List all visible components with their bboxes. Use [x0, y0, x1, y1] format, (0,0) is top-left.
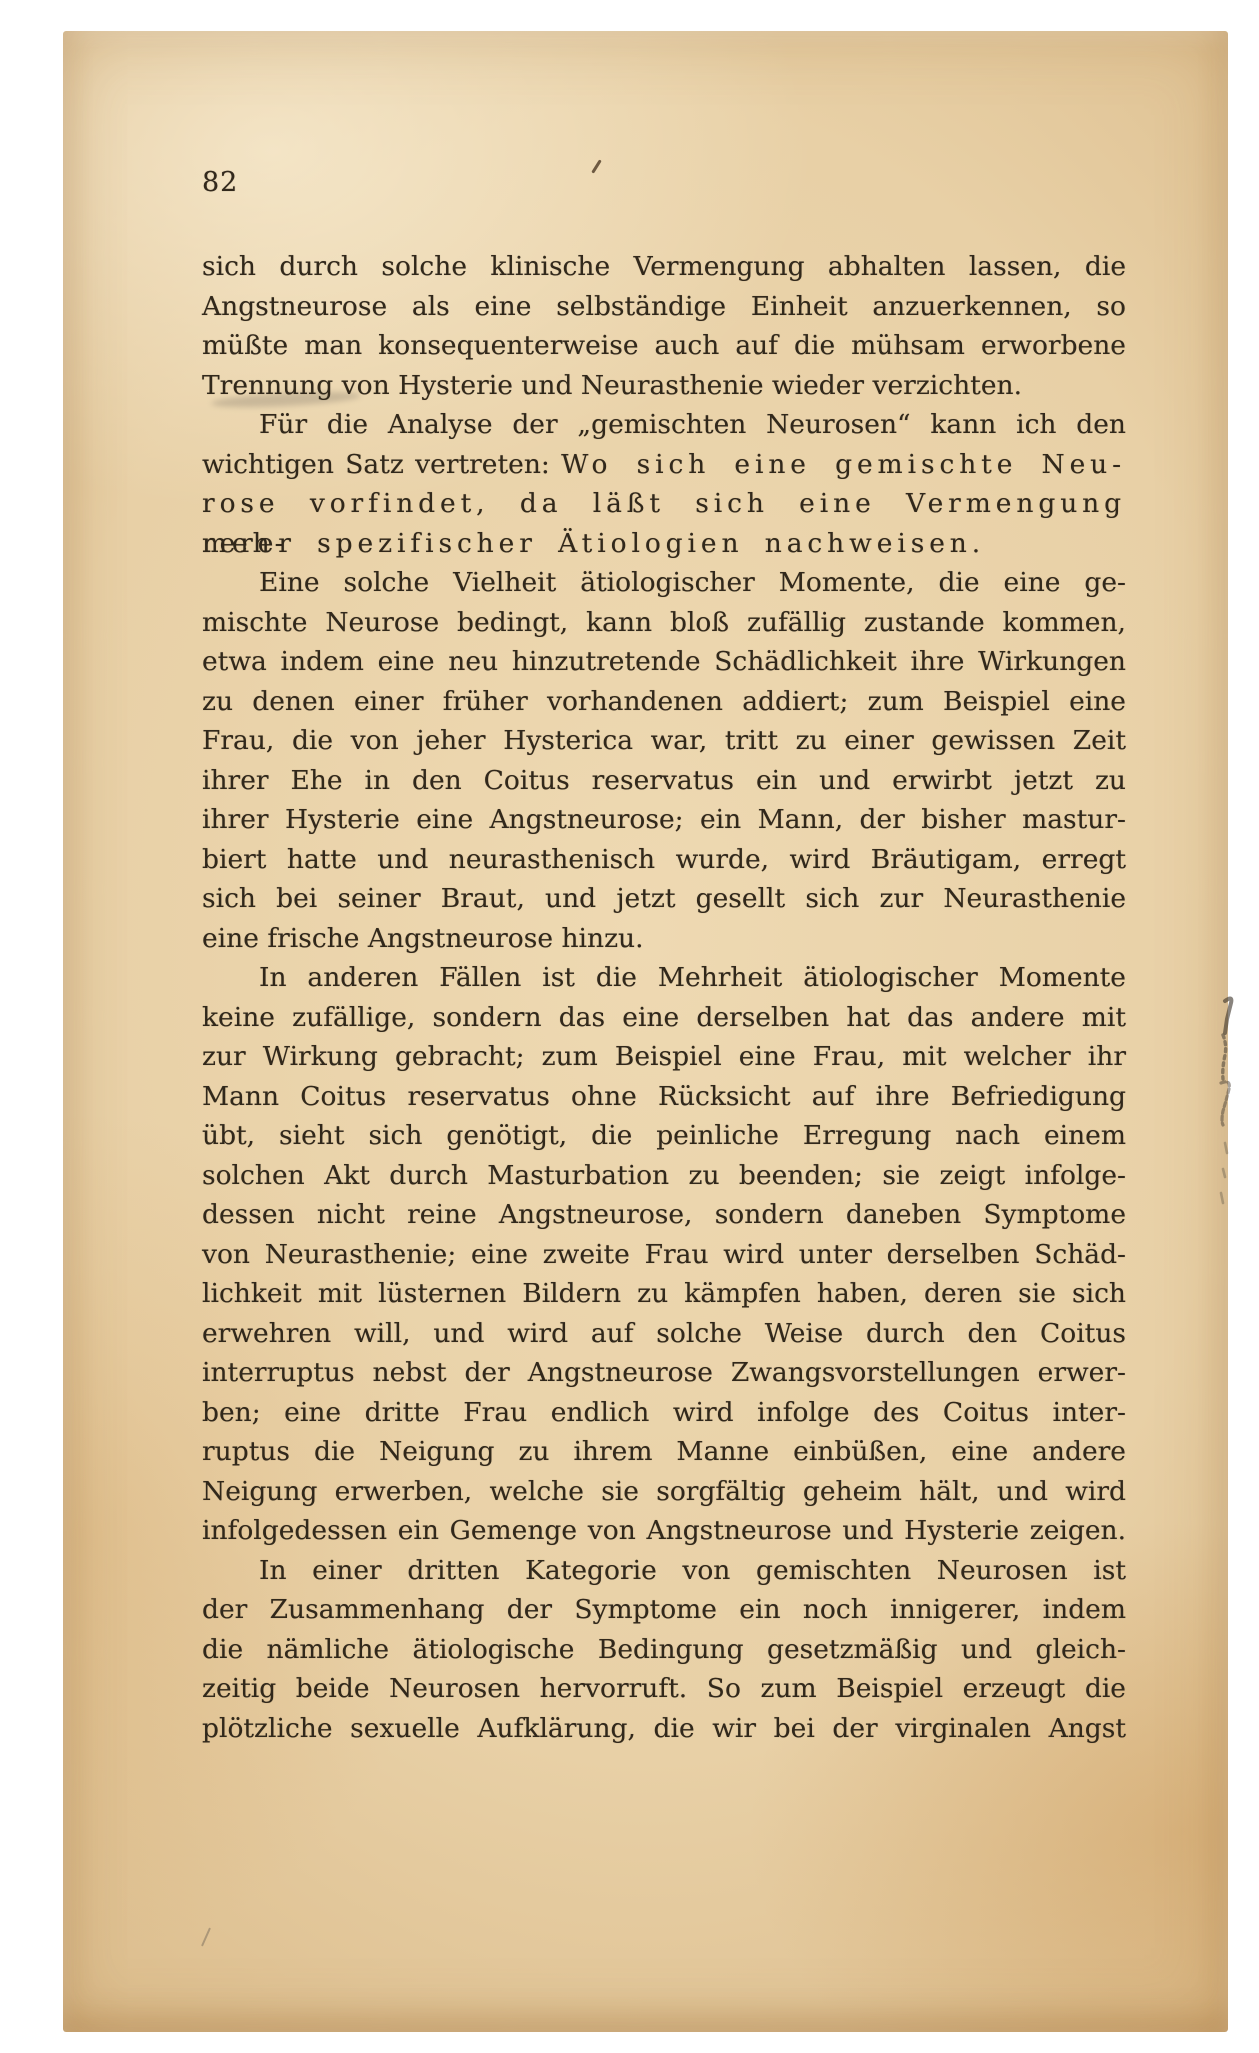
paragraph: Eine solche Vielheit ätiologischer Momen…	[202, 563, 1126, 958]
body-text: Neigung erwerben, welche sie sorgfältig …	[202, 1476, 1126, 1507]
body-text: interruptus nebst der Angstneurose Zwang…	[202, 1357, 1126, 1388]
scanned-book-page: 82 sich durch solche klinische Vermengun…	[0, 0, 1259, 2053]
paragraph: sich durch solche klinische Vermengung a…	[202, 247, 1126, 405]
text-line: müßte man konsequenterweise auch auf die…	[202, 326, 1126, 366]
text-line: interruptus nebst der Angstneurose Zwang…	[202, 1353, 1126, 1393]
body-text: der Zusammenhang der Symptome ein noch i…	[202, 1594, 1126, 1625]
pencil-marginalia-mark	[1163, 983, 1253, 1223]
body-text: die nämliche ätiologische Bedingung gese…	[202, 1634, 1126, 1665]
text-line: ben; eine dritte Frau endlich wird infol…	[202, 1393, 1126, 1433]
text-line: ihrer Hysterie eine Angstneurose; ein Ma…	[202, 800, 1126, 840]
text-line: wichtigen Satz vertreten: Wo sich eine g…	[202, 445, 1126, 485]
text-line: In anderen Fällen ist die Mehrheit ätiol…	[202, 958, 1126, 998]
text-block: sich durch solche klinische Vermengung a…	[202, 247, 1126, 1748]
body-text: keine zufällige, sondern das eine dersel…	[202, 1002, 1126, 1033]
body-text: In anderen Fällen ist die Mehrheit ätiol…	[259, 962, 1126, 993]
body-text: In einer dritten Kategorie von gemischte…	[259, 1555, 1126, 1586]
page-number: 82	[202, 167, 238, 198]
text-line: erwehren will, und wird auf solche Weise…	[202, 1314, 1126, 1354]
text-line: ruptus die Neigung zu ihrem Manne einbüß…	[202, 1432, 1126, 1472]
text-line: biert hatte und neurasthenisch wurde, wi…	[202, 840, 1126, 880]
body-text: Trennung von Hysterie und Neurasthenie w…	[202, 370, 1022, 401]
text-line: sich durch solche klinische Vermengung a…	[202, 247, 1126, 287]
text-line: keine zufällige, sondern das eine dersel…	[202, 998, 1126, 1038]
text-line: sich bei seiner Braut, und jetzt gesellt…	[202, 879, 1126, 919]
body-text: sich bei seiner Braut, und jetzt gesellt…	[202, 883, 1126, 914]
text-line: plötzliche sexuelle Aufklärung, die wir …	[202, 1709, 1126, 1749]
body-text: etwa indem eine neu hinzutretende Schädl…	[202, 646, 1126, 677]
text-line: der Zusammenhang der Symptome ein noch i…	[202, 1590, 1126, 1630]
body-text: ihrer Hysterie eine Angstneurose; ein Ma…	[202, 804, 1126, 835]
text-line: Trennung von Hysterie und Neurasthenie w…	[202, 366, 1126, 406]
body-text: solchen Akt durch Masturbation zu beende…	[202, 1160, 1126, 1191]
body-text: plötzliche sexuelle Aufklärung, die wir …	[202, 1713, 1126, 1744]
text-line: von Neurasthenie; eine zweite Frau wird …	[202, 1235, 1126, 1275]
body-text: biert hatte und neurasthenisch wurde, wi…	[202, 844, 1126, 875]
text-line: Eine solche Vielheit ätiologischer Momen…	[202, 563, 1126, 603]
body-text: erwehren will, und wird auf solche Weise…	[202, 1318, 1126, 1349]
text-line: Für die Analyse der „gemischten Neurosen…	[202, 405, 1126, 445]
emphasized-spaced-text: rerer spezifischer Ätiologien nachweisen…	[202, 528, 985, 559]
body-text: zeitig beide Neurosen hervorruft. So zum…	[202, 1673, 1126, 1704]
text-line: zu denen einer früher vorhandenen addier…	[202, 682, 1126, 722]
body-text: Eine solche Vielheit ätiologischer Momen…	[259, 567, 1126, 598]
body-text: Für die Analyse der „gemischten Neurosen…	[259, 409, 1126, 440]
pencil-stroke-mark	[201, 1927, 211, 1946]
paragraph: Für die Analyse der „gemischten Neurosen…	[202, 405, 1126, 563]
text-line: ihrer Ehe in den Coitus reservatus ein u…	[202, 761, 1126, 801]
body-text: eine frische Angstneurose hinzu.	[202, 923, 644, 954]
body-text: infolgedessen ein Gemenge von Angstneuro…	[202, 1515, 1126, 1546]
text-line: Frau, die von jeher Hysterica war, tritt…	[202, 721, 1126, 761]
body-text: Mann Coitus reservatus ohne Rücksicht au…	[202, 1081, 1126, 1112]
body-text: lichkeit mit lüsternen Bildern zu kämpfe…	[202, 1278, 1126, 1309]
body-text: sich durch solche klinische Vermengung a…	[202, 251, 1126, 282]
body-text: dessen nicht reine Angstneurose, sondern…	[202, 1199, 1126, 1230]
body-text: übt, sieht sich genötigt, die peinliche …	[202, 1120, 1126, 1151]
text-line: die nämliche ätiologische Bedingung gese…	[202, 1630, 1126, 1670]
body-text: Frau, die von jeher Hysterica war, tritt…	[202, 725, 1126, 756]
text-line: mischte Neurose bedingt, kann bloß zufäl…	[202, 603, 1126, 643]
body-text: mischte Neurose bedingt, kann bloß zufäl…	[202, 607, 1126, 638]
body-text: ben; eine dritte Frau endlich wird infol…	[202, 1397, 1126, 1428]
text-line: etwa indem eine neu hinzutretende Schädl…	[202, 642, 1126, 682]
paragraph: In anderen Fällen ist die Mehrheit ätiol…	[202, 958, 1126, 1551]
text-line: infolgedessen ein Gemenge von Angstneuro…	[202, 1511, 1126, 1551]
paper-sheet: 82 sich durch solche klinische Vermengun…	[63, 31, 1228, 2032]
text-line: Angstneurose als eine selbständige Einhe…	[202, 287, 1126, 327]
text-line: In einer dritten Kategorie von gemischte…	[202, 1551, 1126, 1591]
text-line: dessen nicht reine Angstneurose, sondern…	[202, 1195, 1126, 1235]
body-text: zur Wirkung gebracht; zum Beispiel eine …	[202, 1041, 1126, 1072]
body-text: Angstneurose als eine selbständige Einhe…	[202, 291, 1126, 322]
text-line: übt, sieht sich genötigt, die peinliche …	[202, 1116, 1126, 1156]
body-text: müßte man konsequenterweise auch auf die…	[202, 330, 1126, 361]
body-text: ihrer Ehe in den Coitus reservatus ein u…	[202, 765, 1126, 796]
text-line: zur Wirkung gebracht; zum Beispiel eine …	[202, 1037, 1126, 1077]
body-text: wichtigen Satz vertreten:	[202, 449, 561, 480]
text-line: lichkeit mit lüsternen Bildern zu kämpfe…	[202, 1274, 1126, 1314]
text-line: eine frische Angstneurose hinzu.	[202, 919, 1126, 959]
text-line: rerer spezifischer Ätiologien nachweisen…	[202, 524, 1126, 564]
paragraph: In einer dritten Kategorie von gemischte…	[202, 1551, 1126, 1749]
text-line: solchen Akt durch Masturbation zu beende…	[202, 1156, 1126, 1196]
text-line: rose vorfindet, da läßt sich eine Vermen…	[202, 484, 1126, 524]
body-text: ruptus die Neigung zu ihrem Manne einbüß…	[202, 1436, 1126, 1467]
body-text: von Neurasthenie; eine zweite Frau wird …	[202, 1239, 1126, 1270]
text-line: zeitig beide Neurosen hervorruft. So zum…	[202, 1669, 1126, 1709]
text-line: Neigung erwerben, welche sie sorgfältig …	[202, 1472, 1126, 1512]
text-line: Mann Coitus reservatus ohne Rücksicht au…	[202, 1077, 1126, 1117]
body-text: zu denen einer früher vorhandenen addier…	[202, 686, 1126, 717]
pen-slash-mark	[591, 159, 601, 173]
emphasized-spaced-text: Wo sich eine gemischte Neu-	[561, 449, 1126, 480]
